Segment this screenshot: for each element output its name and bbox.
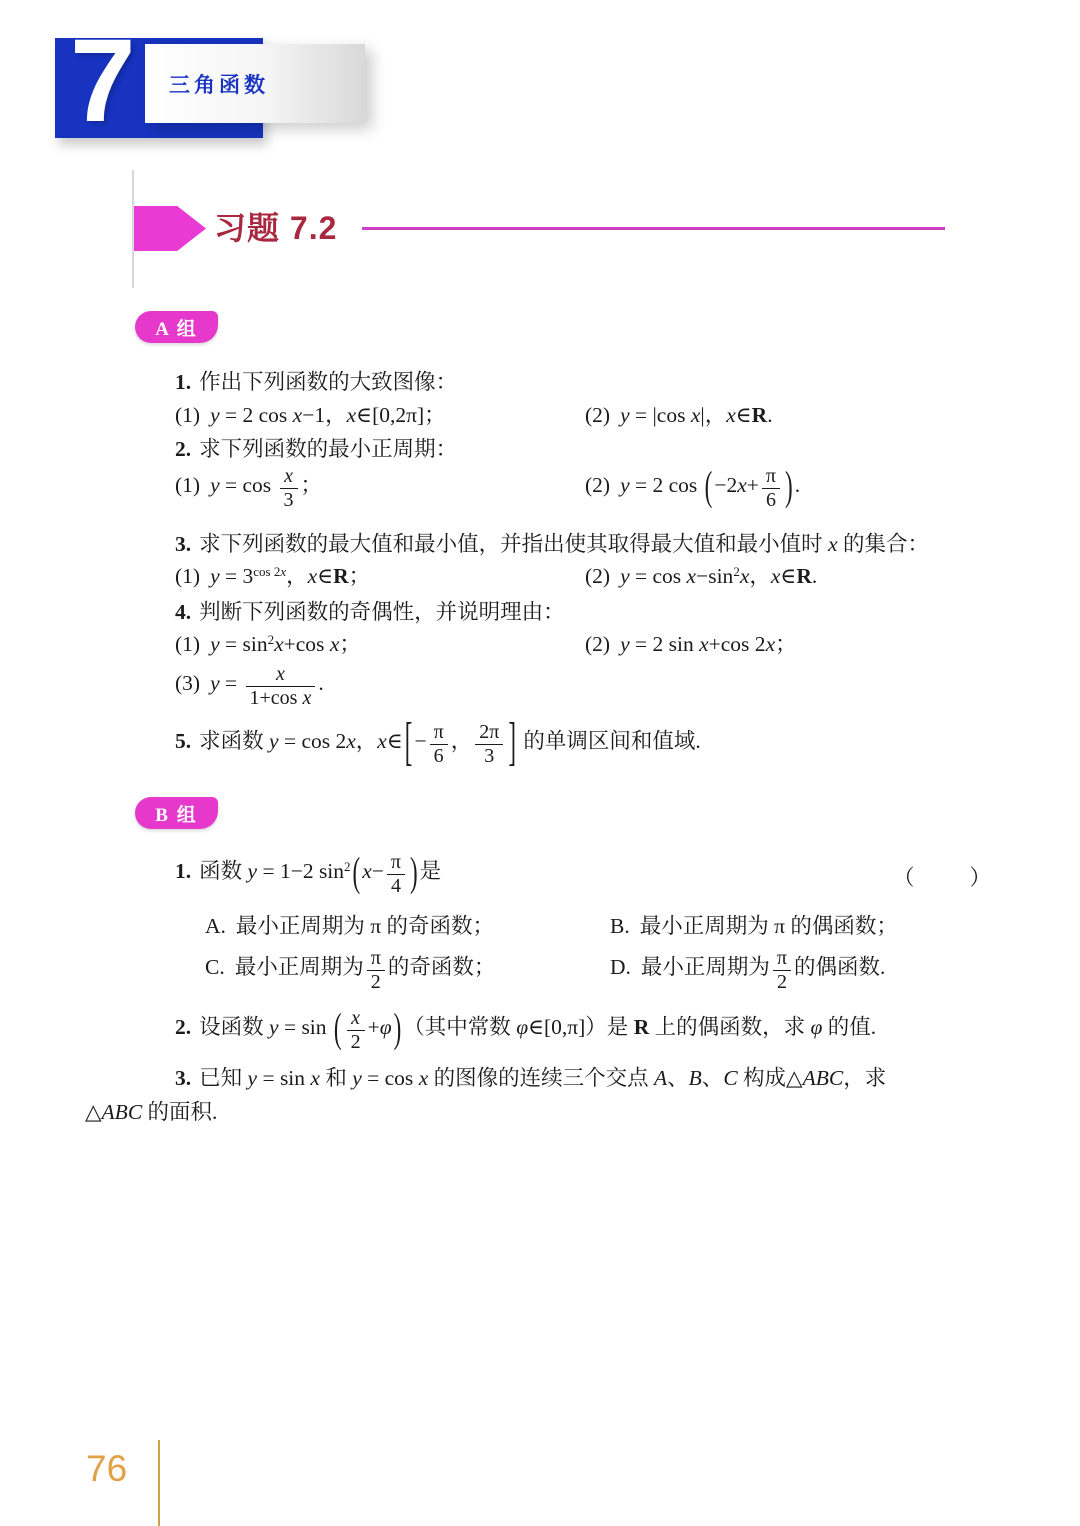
problem-a2-head: 2.求下列函数的最小正周期： — [175, 433, 965, 465]
problem-text: 作出下列函数的大致图像： — [199, 370, 457, 394]
item-tag: (1) — [175, 473, 200, 497]
item-tag: (2) — [585, 632, 610, 656]
chapter-title: 三角函数 — [169, 69, 269, 99]
option-text: 最小正周期为π2的奇函数； — [235, 955, 496, 979]
math-expression: 求函数 y = cos 2x，x∈[−π6，2π3] 的单调区间和值域. — [199, 729, 701, 753]
item-tag: (1) — [175, 403, 200, 427]
math-expression: 设函数 y = sin (x2+φ)（其中常数 φ∈[0,π]）是 R 上的偶函… — [199, 1015, 876, 1039]
option-c: C.最小正周期为π2的奇函数； — [205, 955, 495, 979]
math-expression: y = 2 cos (−2x+π6). — [620, 473, 800, 497]
math-expression: y = x1+cos x. — [210, 671, 324, 695]
problem-b3-line2: △ABC 的面积. — [85, 1096, 875, 1128]
problem-number: 2. — [175, 1015, 191, 1039]
problem-number: 5. — [175, 729, 191, 753]
problem-a1-head: 1.作出下列函数的大致图像： — [175, 366, 965, 398]
problem-a3-items: (1)y = 3cos 2x，x∈R； (2)y = cos x−sin2x，x… — [175, 560, 965, 592]
section-arrow-icon — [134, 206, 206, 251]
item-tag: (2) — [585, 473, 610, 497]
problem-a2-items: (1)y = cos x3； (2)y = 2 cos (−2x+π6). — [175, 464, 965, 511]
item-tag: (1) — [175, 632, 200, 656]
problem-a5: 5.求函数 y = cos 2x，x∈[−π6，2π3] 的单调区间和值域. — [175, 720, 965, 767]
option-text: 最小正周期为 π 的奇函数； — [236, 914, 494, 938]
item-tag: (3) — [175, 671, 200, 695]
sub-item: (2)y = cos x−sin2x，x∈R. — [585, 560, 817, 592]
group-a-badge: A 组 — [135, 311, 218, 343]
problem-b2: 2.设函数 y = sin (x2+φ)（其中常数 φ∈[0,π]）是 R 上的… — [175, 1006, 965, 1053]
sub-item: (3)y = x1+cos x. — [175, 671, 324, 695]
sub-item: (1)y = 3cos 2x，x∈R； — [175, 564, 370, 588]
option-tag: A. — [205, 914, 226, 938]
sub-item: (1)y = cos x3； — [175, 473, 322, 497]
math-expression: y = 3cos 2x，x∈R； — [210, 564, 370, 588]
math-expression: △ABC 的面积. — [85, 1100, 217, 1124]
sub-item: (2)y = |cos x|，x∈R. — [585, 399, 773, 431]
section-rule-line — [362, 227, 945, 230]
problem-a3-head: 3.求下列函数的最大值和最小值，并指出使其取得最大值和最小值时 x 的集合： — [175, 528, 965, 560]
problem-number: 3. — [175, 532, 191, 556]
chapter-number: 7 — [70, 22, 136, 140]
problem-a4-head: 4.判断下列函数的奇偶性，并说明理由： — [175, 596, 965, 628]
option-a: A.最小正周期为 π 的奇函数； — [205, 914, 494, 938]
math-expression: y = cos x3； — [210, 473, 322, 497]
problem-a1-items: (1)y = 2 cos x−1，x∈[0,2π]； (2)y = |cos x… — [175, 399, 965, 431]
page-number: 76 — [86, 1448, 127, 1490]
section-title: 习题 7.2 — [214, 203, 337, 249]
problem-a4-item3: (3)y = x1+cos x. — [175, 662, 965, 709]
footer-divider-line — [158, 1440, 160, 1526]
problem-number: 4. — [175, 600, 191, 624]
math-expression: 已知 y = sin x 和 y = cos x 的图像的连续三个交点 A、B、… — [199, 1066, 886, 1090]
math-expression: y = sin2x+cos x； — [210, 632, 361, 656]
group-b-badge: B 组 — [135, 797, 218, 829]
item-tag: (1) — [175, 564, 200, 588]
option-text: 最小正周期为 π 的偶函数； — [640, 914, 898, 938]
math-expression: y = 2 sin x+cos 2x； — [620, 632, 797, 656]
math-expression: y = |cos x|，x∈R. — [620, 403, 773, 427]
option-b: B.最小正周期为 π 的偶函数； — [610, 910, 898, 942]
option-tag: B. — [610, 914, 630, 938]
problem-b1: 1.函数 y = 1−2 sin2(x−π4)是 （ ） — [175, 850, 965, 897]
sub-item: (2)y = 2 cos (−2x+π6). — [585, 464, 800, 511]
problem-number: 1. — [175, 370, 191, 394]
chapter-title-card: 三角函数 — [145, 44, 365, 123]
problem-number: 2. — [175, 437, 191, 461]
problem-text: 求下列函数的最小正周期： — [199, 437, 457, 461]
problem-number: 1. — [175, 859, 191, 883]
item-tag: (2) — [585, 403, 610, 427]
option-d: D.最小正周期为π2的偶函数. — [610, 946, 885, 993]
problem-number: 3. — [175, 1066, 191, 1090]
problem-a4-items: (1)y = sin2x+cos x； (2)y = 2 sin x+cos 2… — [175, 628, 965, 660]
math-expression: y = 2 cos x−1，x∈[0,2π]； — [210, 403, 446, 427]
problem-b1-options-ab: A.最小正周期为 π 的奇函数； B.最小正周期为 π 的偶函数； — [205, 910, 995, 942]
item-tag: (2) — [585, 564, 610, 588]
problem-text: 判断下列函数的奇偶性，并说明理由： — [199, 600, 565, 624]
sub-item: (2)y = 2 sin x+cos 2x； — [585, 628, 797, 660]
math-expression: 函数 y = 1−2 sin2(x−π4)是 — [199, 859, 441, 883]
sub-item: (1)y = sin2x+cos x； — [175, 632, 361, 656]
answer-parentheses: （ ） — [893, 862, 995, 894]
problem-text: 求下列函数的最大值和最小值，并指出使其取得最大值和最小值时 x 的集合： — [199, 532, 929, 556]
sub-item: (1)y = 2 cos x−1，x∈[0,2π]； — [175, 403, 446, 427]
option-text: 最小正周期为π2的偶函数. — [641, 955, 886, 979]
option-tag: D. — [610, 955, 631, 979]
option-tag: C. — [205, 955, 225, 979]
section-vertical-divider — [132, 170, 134, 288]
problem-b1-options-cd: C.最小正周期为π2的奇函数； D.最小正周期为π2的偶函数. — [205, 946, 995, 993]
problem-b3-line1: 3.已知 y = sin x 和 y = cos x 的图像的连续三个交点 A、… — [175, 1062, 965, 1094]
math-expression: y = cos x−sin2x，x∈R. — [620, 564, 817, 588]
